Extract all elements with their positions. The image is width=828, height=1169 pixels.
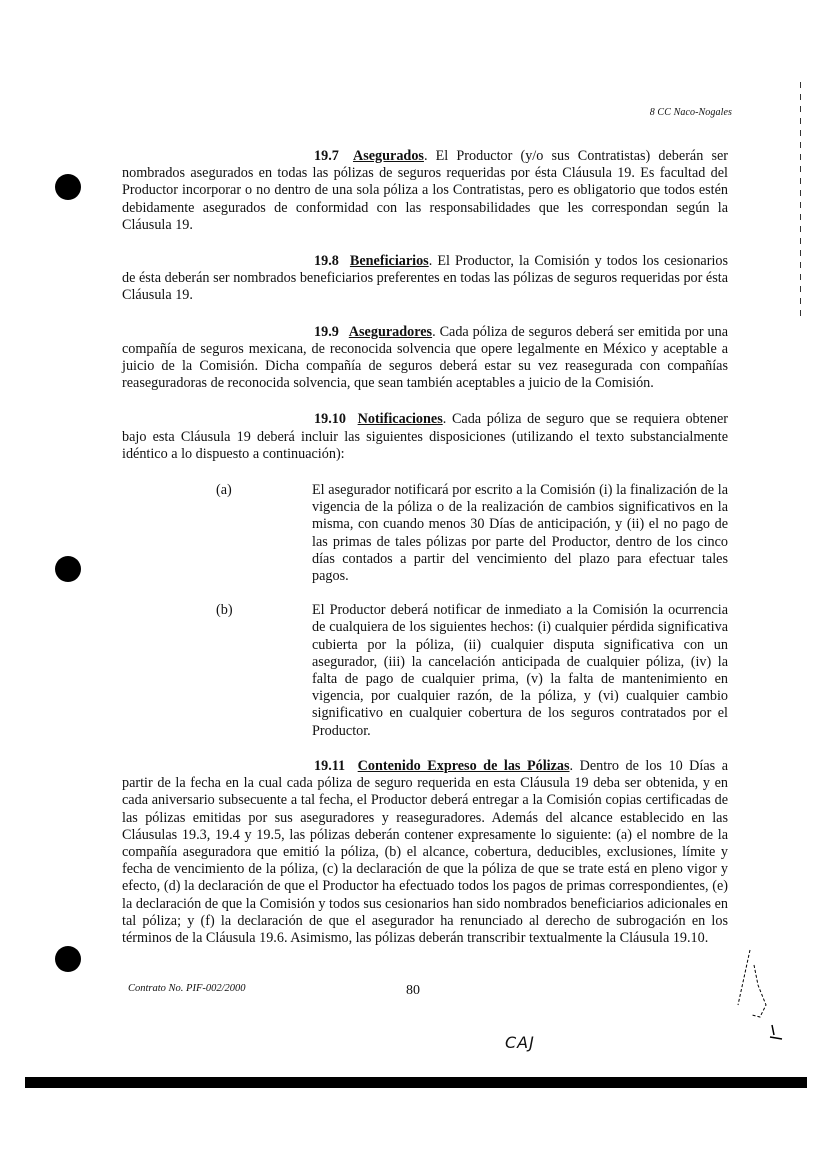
section-text: . Dentro de los 10 Días a partir de la f… [122,758,728,946]
handwritten-initials: CAJ [505,1033,535,1052]
punch-hole-middle [55,556,81,582]
section-19-9: 19.9 Aseguradores. Cada póliza de seguro… [122,324,728,393]
document-page: 8 CC Naco-Nogales 19.7 Asegurados. El Pr… [0,0,828,1169]
punch-hole-bottom [55,946,81,972]
page-number: 80 [406,983,420,999]
section-number: 19.8 [218,253,339,270]
list-item: (b) El Productor deberá notificar de inm… [122,602,728,740]
section-title: Asegurados [353,148,424,164]
item-text: El asegurador notificará por escrito a l… [312,482,728,585]
section-title: Beneficiarios [350,253,429,269]
footer-contract-number: Contrato No. PIF-002/2000 [128,983,246,994]
section-number: 19.9 [218,324,339,341]
section-19-8: 19.8 Beneficiarios. El Productor, la Com… [122,253,728,305]
section-number: 19.7 [218,148,339,165]
item-text: El Productor deberá notificar de inmedia… [312,602,728,740]
section-19-10-items: (a) El asegurador notificará por escrito… [122,482,728,740]
section-19-7: 19.7 Asegurados. El Productor (y/o sus C… [122,148,728,234]
item-label: (a) [122,482,312,585]
scan-bottom-bar [25,1077,807,1088]
section-title: Aseguradores [349,324,432,340]
punch-hole-top [55,174,81,200]
list-item: (a) El asegurador notificará por escrito… [122,482,728,585]
document-body: 19.7 Asegurados. El Productor (y/o sus C… [122,148,728,966]
section-text: . El Productor (y/o sus Contratistas) de… [122,148,728,233]
section-title: Contenido Expreso de las Pólizas [358,758,570,774]
signature-mark [730,945,800,1045]
section-19-10: 19.10 Notificaciones. Cada póliza de seg… [122,411,728,463]
section-title: Notificaciones [358,411,443,427]
section-19-11: 19.11 Contenido Expreso de las Pólizas. … [122,758,728,947]
item-label: (b) [122,602,312,740]
scan-margin-mark [800,82,801,322]
section-number: 19.11 [218,758,345,775]
section-number: 19.10 [218,411,346,428]
header-reference: 8 CC Naco-Nogales [560,107,732,118]
